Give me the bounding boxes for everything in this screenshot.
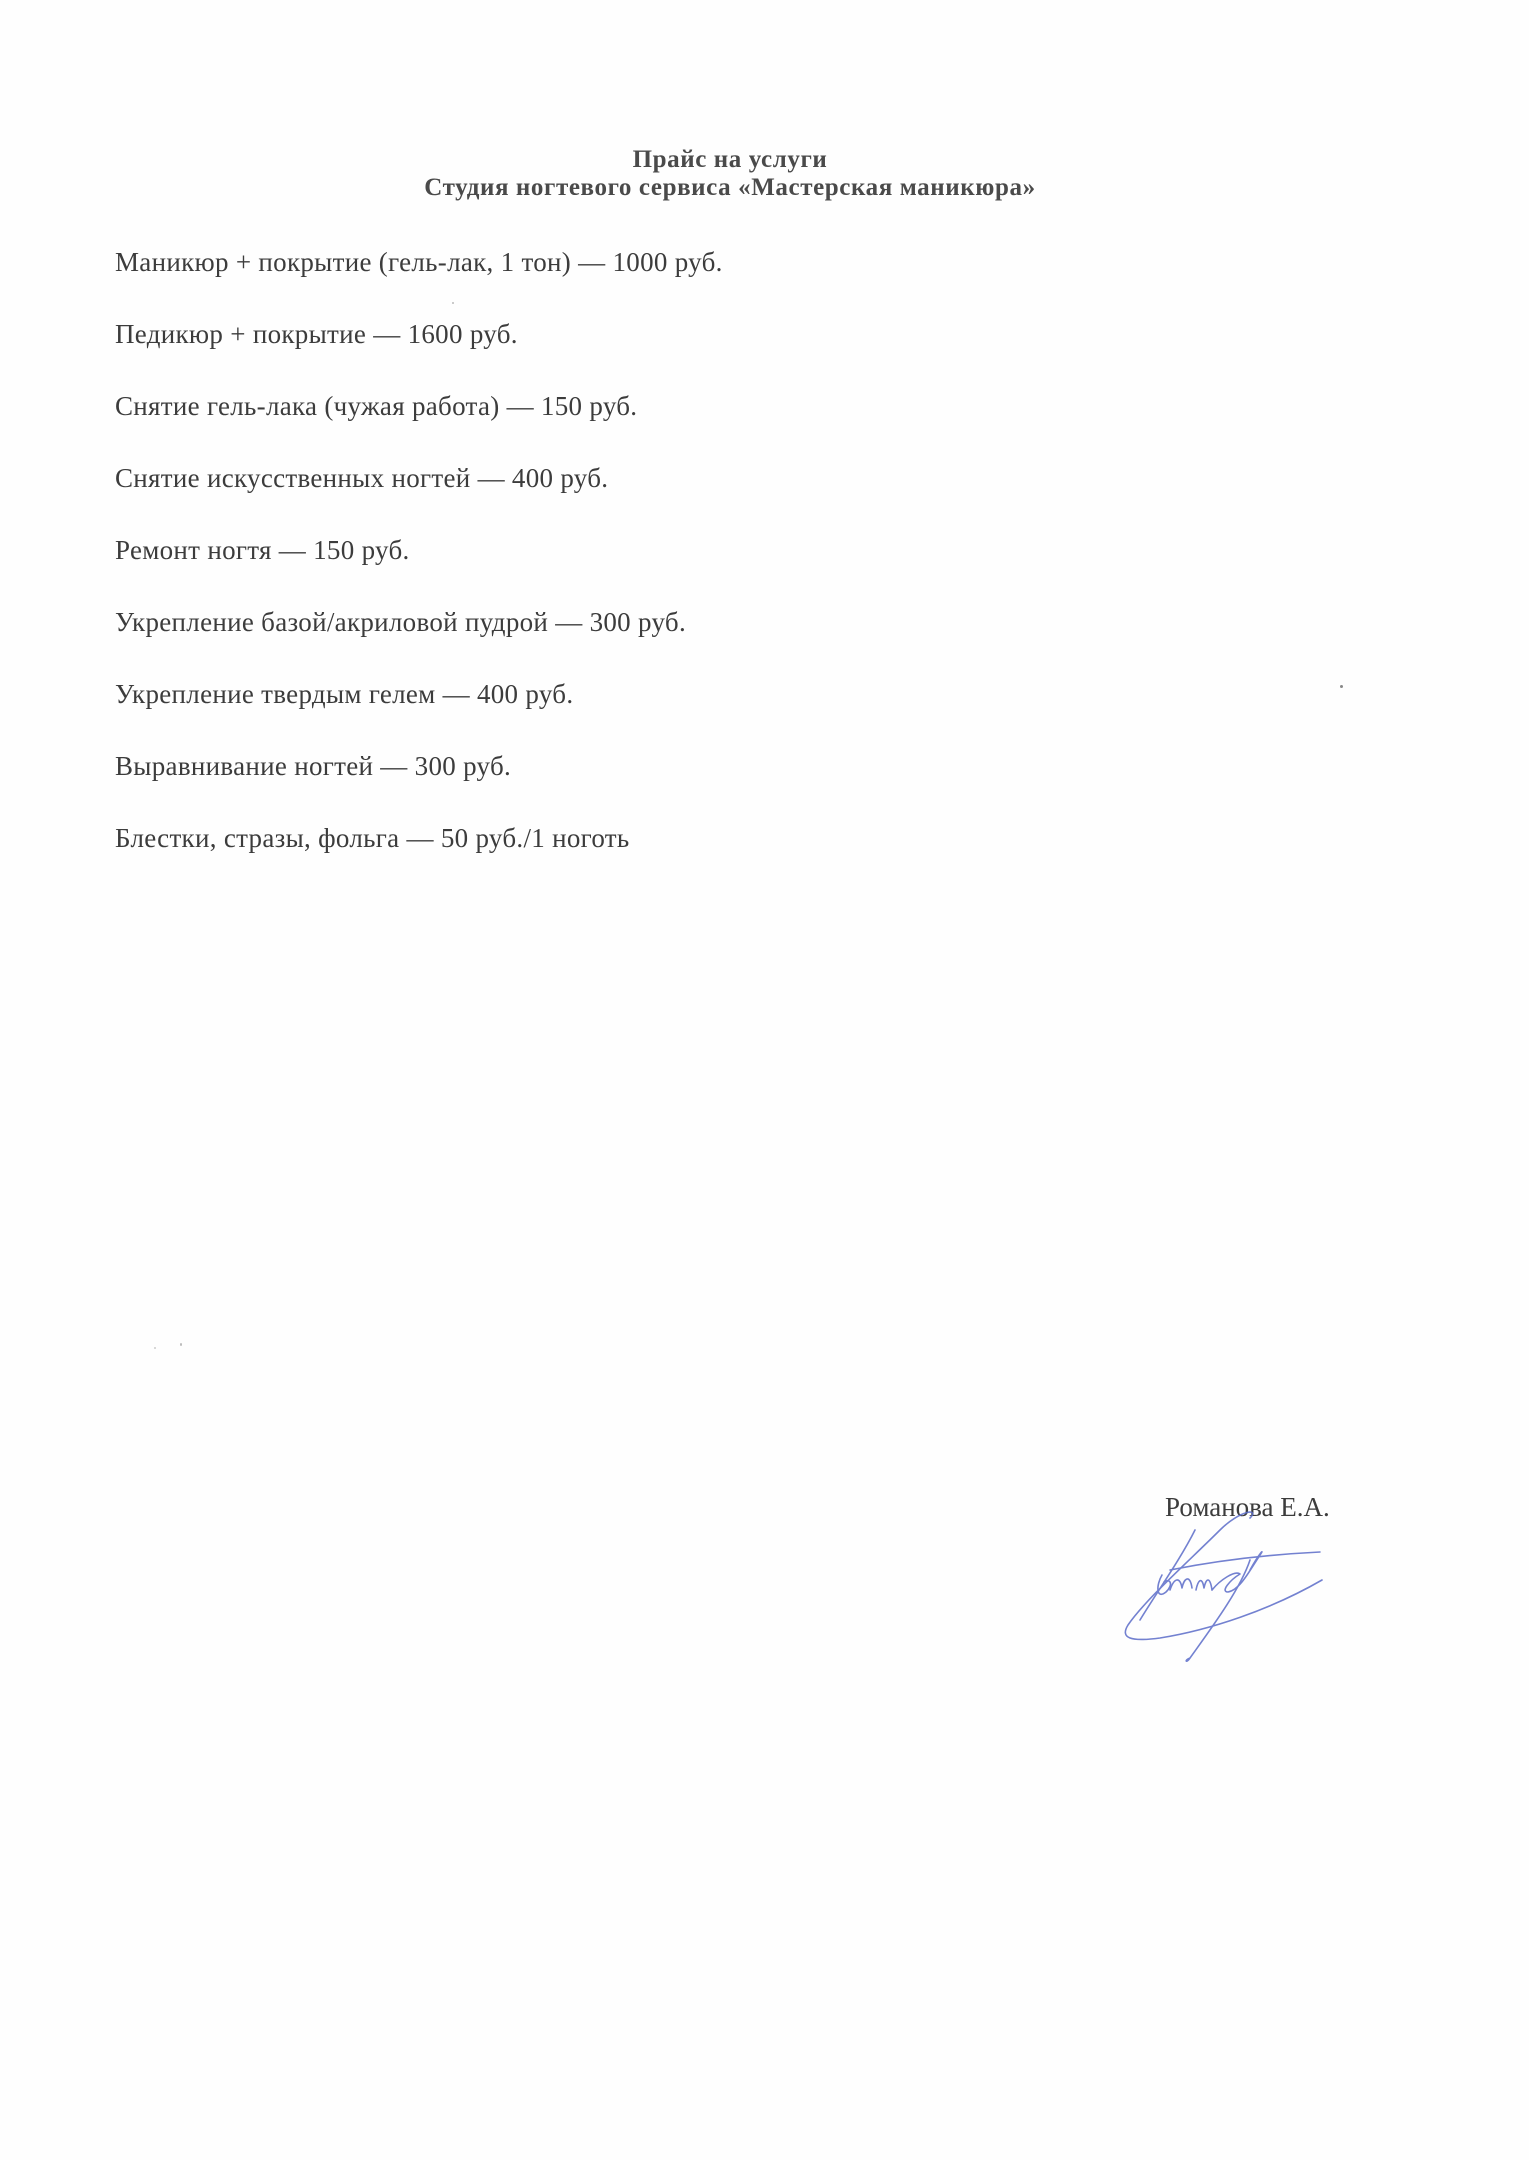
scan-speck bbox=[180, 1343, 182, 1346]
document-title: Прайс на услуги bbox=[0, 146, 1460, 174]
handwritten-signature bbox=[1100, 1500, 1360, 1680]
scan-speck bbox=[1340, 685, 1343, 688]
price-item: Снятие гель-лака (чужая работа) — 150 ру… bbox=[115, 391, 637, 421]
scanned-page: Прайс на услуги Студия ногтевого сервиса… bbox=[0, 0, 1529, 2160]
scan-speck bbox=[452, 302, 454, 304]
scan-speck bbox=[154, 1347, 156, 1349]
price-item: Выравнивание ногтей — 300 руб. bbox=[115, 751, 511, 781]
document-subtitle: Студия ногтевого сервиса «Мастерская ман… bbox=[0, 174, 1460, 202]
price-item: Маникюр + покрытие (гель-лак, 1 тон) — 1… bbox=[115, 247, 723, 277]
price-item: Укрепление твердым гелем — 400 руб. bbox=[115, 679, 573, 709]
price-item: Ремонт ногтя — 150 руб. bbox=[115, 535, 410, 565]
price-item: Педикюр + покрытие — 1600 руб. bbox=[115, 319, 518, 349]
price-item: Снятие искусственных ногтей — 400 руб. bbox=[115, 463, 608, 493]
price-item: Укрепление базой/акриловой пудрой — 300 … bbox=[115, 607, 686, 637]
price-item: Блестки, стразы, фольга — 50 руб./1 ного… bbox=[115, 823, 630, 853]
